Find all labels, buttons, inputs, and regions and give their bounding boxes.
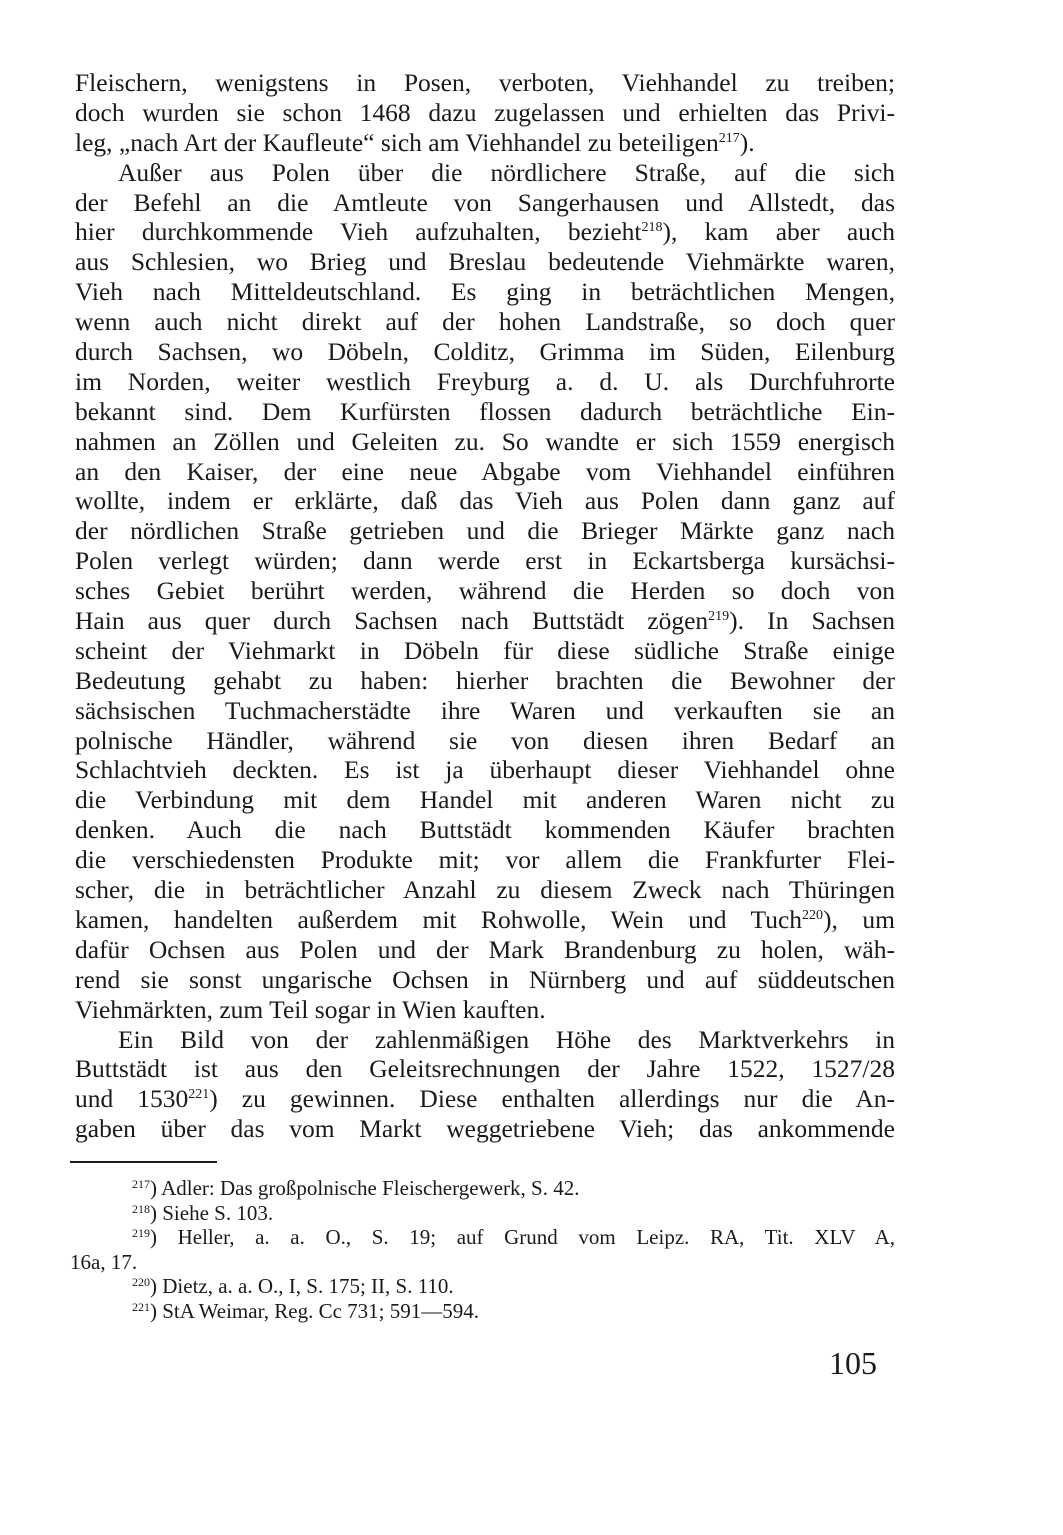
text-line: gaben über das vom Markt weggetriebene V… — [75, 1114, 895, 1144]
text-line: sächsischen Tuchmacherstädte ihre Waren … — [75, 696, 895, 726]
text-line: kamen, handelten außerdem mit Rohwolle, … — [75, 905, 895, 935]
text-line: Hain aus quer durch Sachsen nach Buttstä… — [75, 606, 895, 636]
footnote-ref[interactable]: 221 — [188, 1087, 209, 1102]
text-line: die Verbindung mit dem Handel mit andere… — [75, 785, 895, 815]
page-number: 105 — [829, 1345, 877, 1381]
text-line: Bedeutung gehabt zu haben: hierher brach… — [75, 666, 895, 696]
text-line: der nördlichen Straße getrieben und die … — [75, 516, 895, 546]
text-line: doch wurden sie schon 1468 dazu zugelass… — [75, 98, 895, 128]
text-line: wenn auch nicht direkt auf der hohen Lan… — [75, 307, 895, 337]
text-line: Fleischern, wenigstens in Posen, verbote… — [75, 68, 895, 98]
footnote-ref[interactable]: 219 — [708, 609, 729, 624]
footnote-219: 219) Heller, a. a. O., S. 19; auf Grund … — [70, 1225, 895, 1250]
footnote-219-continued: 16a, 17. — [70, 1250, 895, 1275]
text-line: durch Sachsen, wo Döbeln, Colditz, Grimm… — [75, 337, 895, 367]
text-line: wollte, indem er erklärte, daß das Vieh … — [75, 486, 895, 516]
text-line: Viehmärkten, zum Teil sogar in Wien kauf… — [75, 995, 895, 1025]
text-line: Buttstädt ist aus den Geleitsrechnungen … — [75, 1054, 895, 1084]
text-line: an den Kaiser, der eine neue Abgabe vom … — [75, 457, 895, 487]
text-line: denken. Auch die nach Buttstädt kommende… — [75, 815, 895, 845]
text-line: im Norden, weiter westlich Freyburg a. d… — [75, 367, 895, 397]
text-line: sches Gebiet berührt werden, während die… — [75, 576, 895, 606]
text-line: bekannt sind. Dem Kurfürsten flossen dad… — [75, 397, 895, 427]
text-line: Schlachtvieh deckten. Es ist ja überhaup… — [75, 755, 895, 785]
text-line: Außer aus Polen über die nördlichere Str… — [75, 158, 895, 188]
text-line: rend sie sonst ungarische Ochsen in Nürn… — [75, 965, 895, 995]
text-line: der Befehl an die Amtleute von Sangerhau… — [75, 188, 895, 218]
footnote-ref[interactable]: 217 — [719, 131, 740, 146]
footnote-220: 220) Dietz, a. a. O., I, S. 175; II, S. … — [70, 1274, 895, 1299]
footnotes: 217) Adler: Das großpolnische Fleischerg… — [70, 1176, 895, 1323]
footnote-ref[interactable]: 220 — [802, 908, 823, 923]
text-line: Polen verlegt würden; dann werde erst in… — [75, 546, 895, 576]
footnote-218: 218) Siehe S. 103. — [70, 1201, 895, 1226]
footnote-separator — [70, 1161, 217, 1163]
footnote-221: 221) StA Weimar, Reg. Cc 731; 591—594. — [70, 1299, 895, 1324]
page-content: Fleischern, wenigstens in Posen, verbote… — [75, 68, 895, 1144]
text-line: aus Schlesien, wo Brieg und Breslau bede… — [75, 247, 895, 277]
text-line: die verschiedensten Produkte mit; vor al… — [75, 845, 895, 875]
text-line: und 1530221) zu gewinnen. Diese enthalte… — [75, 1084, 895, 1114]
body-text: Fleischern, wenigstens in Posen, verbote… — [75, 68, 895, 1144]
text-line: Ein Bild von der zahlenmäßigen Höhe des … — [75, 1025, 895, 1055]
text-line: dafür Ochsen aus Polen und der Mark Bran… — [75, 935, 895, 965]
footnote-217: 217) Adler: Das großpolnische Fleischerg… — [70, 1176, 895, 1201]
text-line: Vieh nach Mitteldeutschland. Es ging in … — [75, 277, 895, 307]
text-line: nahmen an Zöllen und Geleiten zu. So wan… — [75, 427, 895, 457]
text-line: scher, die in beträchtlicher Anzahl zu d… — [75, 875, 895, 905]
text-line: hier durchkommende Vieh aufzuhalten, bez… — [75, 217, 895, 247]
footnote-ref[interactable]: 218 — [641, 220, 662, 235]
text-line: polnische Händler, während sie von diese… — [75, 726, 895, 756]
text-line: scheint der Viehmarkt in Döbeln für dies… — [75, 636, 895, 666]
text-line: leg, „nach Art der Kaufleute“ sich am Vi… — [75, 128, 895, 158]
